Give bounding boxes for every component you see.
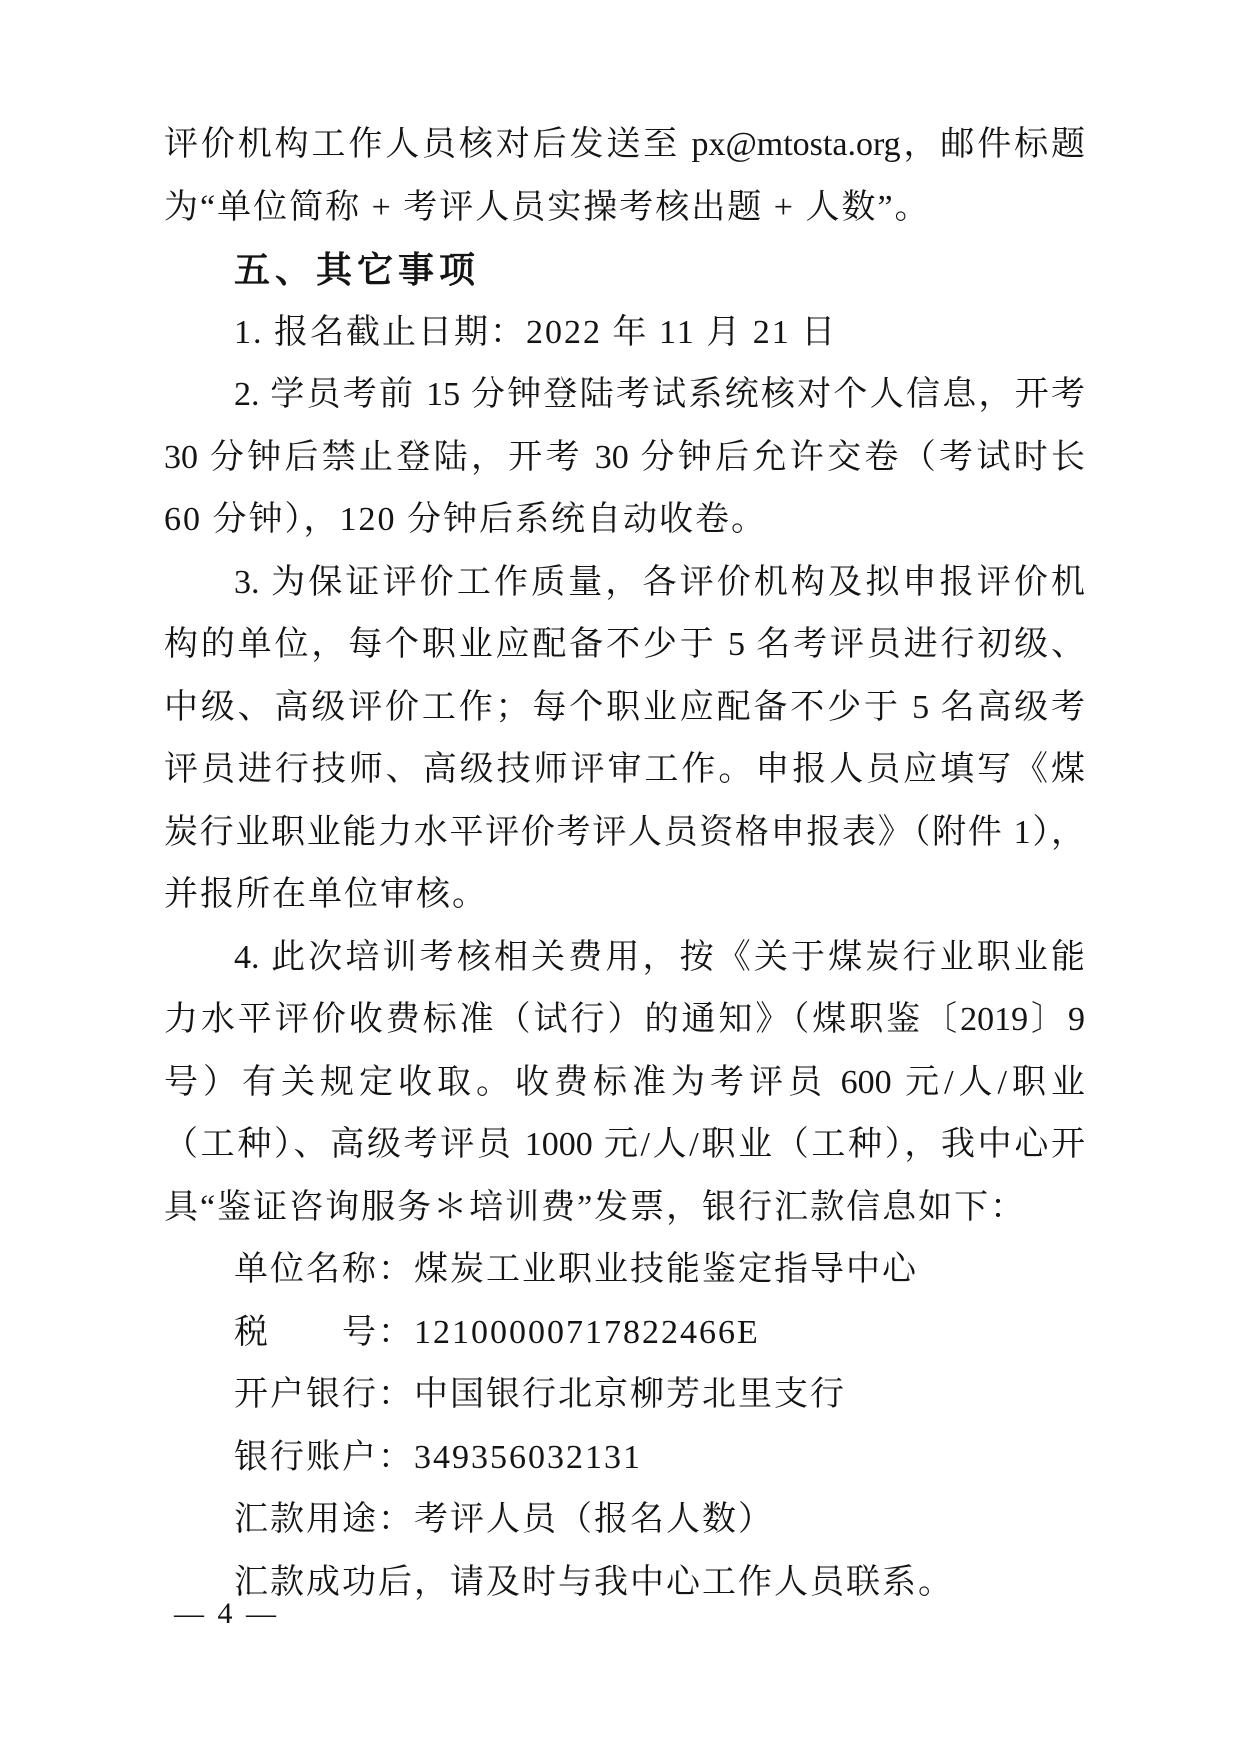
item2-exam-rules-line-2: 30 分钟后禁止登陆，开考 30 分钟后允许交卷（考试时长 xyxy=(164,427,1085,490)
item4-fees-line-2: 力水平评价收费标准（试行）的通知》（煤职鉴〔2019〕9 xyxy=(164,989,1085,1052)
item3-assessors-line-4: 评员进行技师、高级技师评审工作。申报人员应填写《煤 xyxy=(164,739,1085,802)
intro-line-2: 为“单位简称 + 考评人员实操考核出题 + 人数”。 xyxy=(164,177,1085,240)
item2-exam-rules-line-3: 60 分钟），120 分钟后系统自动收卷。 xyxy=(164,489,1085,552)
page-number: — 4 — xyxy=(174,1592,279,1636)
item3-assessors-line-6: 并报所在单位审核。 xyxy=(164,864,1085,927)
document-body: 评价机构工作人员核对后发送至 px@mtosta.org，邮件标题 为“单位简称… xyxy=(164,114,1085,1614)
item3-assessors-line-1: 3. 为保证评价工作质量，各评价机构及拟申报评价机 xyxy=(164,552,1085,615)
remittance-purpose-line: 汇款用途：考评人员（报名人数） xyxy=(164,1489,1085,1552)
item3-assessors-line-3: 中级、高级评价工作；每个职业应配备不少于 5 名高级考 xyxy=(164,677,1085,740)
document-page: 评价机构工作人员核对后发送至 px@mtosta.org，邮件标题 为“单位简称… xyxy=(0,0,1240,1754)
item3-assessors-line-5: 炭行业职业能力水平评价考评人员资格申报表》（附件 1）， xyxy=(164,802,1085,865)
bank-account-line: 银行账户：349356032131 xyxy=(164,1427,1085,1490)
item4-fees-line-4: （工种）、高级考评员 1000 元/人/职业（工种），我中心开 xyxy=(164,1114,1085,1177)
item3-assessors-line-2: 构的单位，每个职业应配备不少于 5 名考评员进行初级、 xyxy=(164,614,1085,677)
item4-fees-line-3: 号）有关规定收取。收费标准为考评员 600 元/人/职业 xyxy=(164,1052,1085,1115)
tax-number-line: 税 号：12100000717822466E xyxy=(164,1302,1085,1365)
item4-fees-line-1: 4. 此次培训考核相关费用，按《关于煤炭行业职业能 xyxy=(164,927,1085,990)
item2-exam-rules-line-1: 2. 学员考前 15 分钟登陆考试系统核对个人信息，开考 xyxy=(164,364,1085,427)
contact-note-line: 汇款成功后，请及时与我中心工作人员联系。 xyxy=(164,1552,1085,1615)
bank-unit-name-line: 单位名称：煤炭工业职业技能鉴定指导中心 xyxy=(164,1239,1085,1302)
bank-branch-line: 开户银行：中国银行北京柳芳北里支行 xyxy=(164,1364,1085,1427)
item4-fees-line-5: 具“鉴证咨询服务＊培训费”发票，银行汇款信息如下： xyxy=(164,1177,1085,1240)
intro-line-1: 评价机构工作人员核对后发送至 px@mtosta.org，邮件标题 xyxy=(164,114,1085,177)
item1-deadline: 1. 报名截止日期：2022 年 11 月 21 日 xyxy=(164,302,1085,365)
section-heading: 五、其它事项 xyxy=(164,239,1085,302)
